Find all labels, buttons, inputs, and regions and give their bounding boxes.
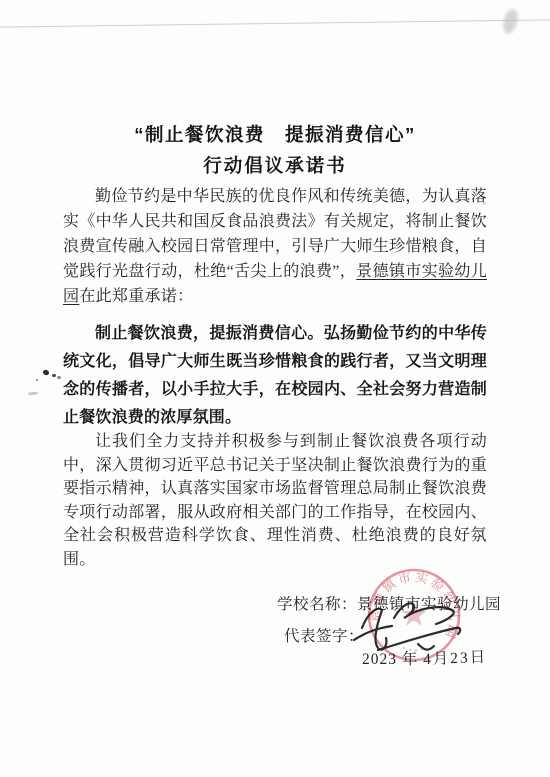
ink-speck — [57, 376, 61, 379]
document-title-line2: 行动倡议承诺书 — [0, 152, 550, 178]
school-name-label: 学校名称： — [277, 596, 357, 613]
scan-edge-line — [0, 19, 550, 27]
ink-speck — [42, 369, 49, 376]
document-title-line1: “制止餐饮浪费 提振消费信心” — [0, 121, 550, 147]
ink-speck — [52, 374, 56, 377]
ink-speck — [36, 379, 38, 381]
scan-smudge — [502, 8, 520, 35]
paragraph-intro: 勤俭节约是中华民族的优良作风和传统美德，为认真落实《中华人民共和国反食品浪费法》… — [63, 184, 487, 309]
ink-speck — [28, 391, 38, 395]
scanned-document-page: “制止餐饮浪费 提振消费信心” 行动倡议承诺书 勤俭节约是中华民族的优良作风和传… — [0, 0, 550, 777]
paragraph-intro-tail: 在此郑重承诺： — [79, 288, 193, 305]
paragraph-commitment: 让我们全力支持并积极参与到制止餐饮浪费各项行动中，深入贯彻习近平总书记关于坚决制… — [63, 430, 487, 571]
paragraph-pledge-bold: 制止餐饮浪费，提振消费信心。弘扬勤俭节约的中华传统文化，倡导广大师生既当珍惜粮食… — [63, 320, 487, 432]
handwritten-signature — [348, 588, 473, 663]
